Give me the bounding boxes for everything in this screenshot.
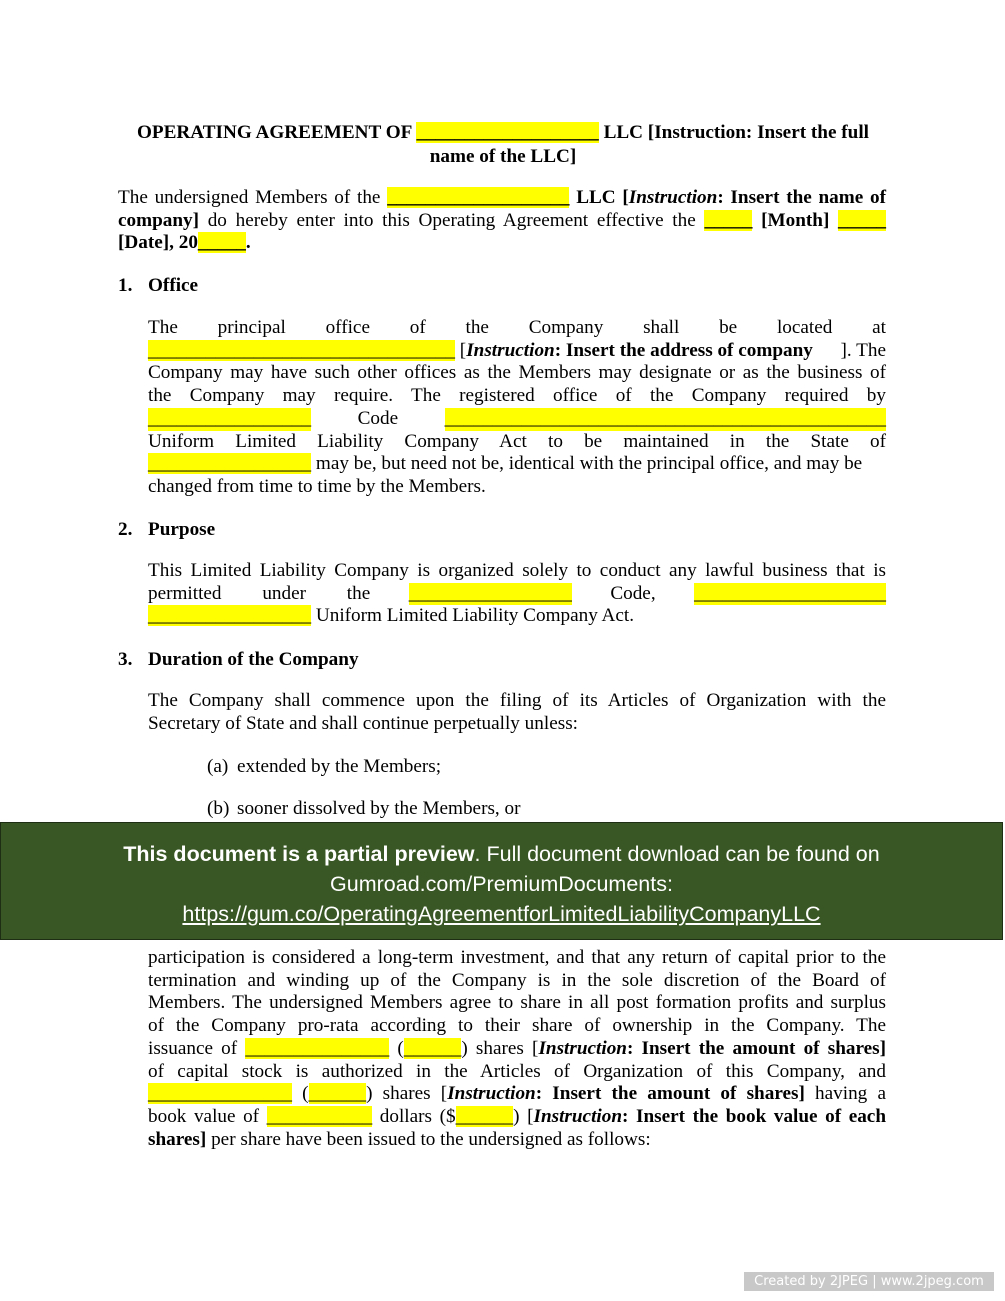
date-label: [Date], 20 (118, 232, 198, 253)
intro-text: do hereby enter into this Operating Agre… (199, 210, 704, 231)
instruction-text: : Insert the amount of shares] (627, 1038, 886, 1059)
code-blank: ____________________ (694, 583, 886, 606)
office-text: Company may have such other offices as t… (148, 362, 886, 385)
office-text: ]. The (841, 340, 886, 363)
shares-words-blank: _______________ (148, 1083, 292, 1104)
banner-bold-text: This document is a partial preview (123, 842, 474, 866)
section-title: Purpose (148, 519, 215, 540)
title-text: LLC [Instruction: Insert the full (599, 122, 869, 143)
office-paragraph: The principal office of the Company shal… (148, 317, 886, 499)
capital-text: dollars ($ (372, 1106, 455, 1127)
purpose-text: Uniform Limited Liability Company Act. (311, 605, 634, 626)
office-text: changed from time to time by the Members… (148, 476, 886, 499)
capital-text: ) shares [ (461, 1038, 538, 1059)
capital-paragraph: participation is considered a long-term … (148, 947, 886, 1151)
title-text: name of the LLC] (430, 146, 577, 167)
section-number: 2. (118, 519, 148, 541)
state-blank: _________________ (148, 453, 311, 474)
office-text: [ (455, 340, 466, 361)
capital-text: of the Company pro-rata according to the… (148, 1015, 886, 1038)
address-blank: ________________________________ (148, 340, 455, 361)
month-label: [Month] (752, 210, 838, 231)
instruction-label: Instruction (629, 187, 718, 208)
code-blank: ________________________________________… (445, 408, 886, 431)
instruction-text: : Insert the book value of each (622, 1106, 886, 1127)
purpose-text: Code, (610, 583, 655, 606)
instruction-text: : Insert the address of company (555, 340, 813, 361)
capital-text: ) shares [ (366, 1083, 447, 1104)
preview-banner: This document is a partial preview. Full… (0, 822, 1003, 940)
banner-text: . Full document download can be found on (475, 842, 880, 866)
instruction-text: : Insert the amount of shares] (536, 1083, 805, 1104)
item-label: (a) (207, 756, 237, 778)
capital-text: termination and winding up of the Compan… (148, 970, 886, 993)
purpose-text: This Limited Liability Company is organi… (148, 560, 886, 583)
capital-text: Members. The undersigned Members agree t… (148, 992, 886, 1015)
book-value-words-blank: ___________ (267, 1106, 373, 1127)
capital-text: book value of (148, 1106, 267, 1127)
purpose-paragraph: This Limited Liability Company is organi… (148, 560, 886, 628)
section-heading-office: 1.Office (118, 275, 198, 297)
title-text: OPERATING AGREEMENT OF (137, 122, 417, 143)
shares-words-blank: _______________ (245, 1038, 389, 1059)
office-text: Uniform Limited Liability Company Act to… (148, 431, 886, 454)
section-heading-purpose: 2.Purpose (118, 519, 215, 541)
item-text: sooner dissolved by the Members, or (237, 798, 521, 819)
state-blank: _________________ (148, 605, 311, 626)
office-text: may be, but need not be, identical with … (311, 453, 862, 474)
capital-text: participation is considered a long-term … (148, 947, 886, 970)
watermark: Created by 2JPEG | www.2jpeg.com (744, 1272, 994, 1291)
office-text: Code (358, 408, 399, 431)
duration-text: Secretary of State and shall continue pe… (148, 713, 886, 736)
duration-item: (b)sooner dissolved by the Members, or (207, 798, 521, 820)
capital-text: ) [ (513, 1106, 533, 1127)
duration-item: (a)extended by the Members; (207, 756, 441, 778)
download-link[interactable]: https://gum.co/OperatingAgreementforLimi… (182, 902, 820, 926)
capital-text: ( (292, 1083, 309, 1104)
intro-paragraph: The undersigned Members of the _________… (118, 187, 886, 255)
item-label: (b) (207, 798, 237, 820)
instruction-label: Instruction (466, 340, 555, 361)
section-number: 1. (118, 275, 148, 297)
capital-text: ( (389, 1038, 404, 1059)
month-blank: _____ (704, 210, 752, 231)
instruction-label: Instruction (533, 1106, 622, 1127)
instruction-label: Instruction (538, 1038, 627, 1059)
state-blank: _________________ (409, 583, 572, 606)
section-title: Office (148, 275, 198, 296)
document-title: OPERATING AGREEMENT OF _________________… (118, 121, 888, 169)
office-text: The principal office of the Company shal… (148, 317, 886, 340)
capital-text: having a (805, 1083, 886, 1104)
instruction-text: shares] (148, 1129, 206, 1150)
document-page: OPERATING AGREEMENT OF _________________… (0, 0, 1005, 1301)
instruction-label: Instruction (447, 1083, 536, 1104)
date-blank: _____ (838, 210, 886, 231)
shares-number-blank: ______ (309, 1083, 367, 1104)
intro-text: The undersigned Members of the (118, 187, 387, 208)
llc-name-blank: ___________________ (416, 122, 598, 143)
capital-text: of capital stock is authorized in the Ar… (148, 1061, 886, 1084)
shares-number-blank: ______ (404, 1038, 462, 1059)
duration-text: The Company shall commence upon the fili… (148, 690, 886, 713)
section-number: 3. (118, 649, 148, 671)
duration-paragraph: The Company shall commence upon the fili… (148, 690, 886, 735)
company-name-blank: ___________________ (387, 187, 569, 208)
section-title: Duration of the Company (148, 649, 359, 670)
year-blank: _____ (198, 232, 246, 253)
book-value-number-blank: ______ (456, 1106, 514, 1127)
capital-text: per share have been issued to the unders… (206, 1129, 650, 1150)
capital-text: issuance of (148, 1038, 245, 1059)
section-heading-duration: 3.Duration of the Company (118, 649, 359, 671)
purpose-text: permitted under the (148, 583, 370, 606)
banner-text: Gumroad.com/PremiumDocuments: (1, 869, 1002, 899)
state-blank: _________________ (148, 408, 311, 431)
item-text: extended by the Members; (237, 756, 441, 777)
intro-text: LLC [ (569, 187, 628, 208)
intro-text: . (246, 232, 251, 253)
office-text: the Company may require. The registered … (148, 385, 886, 408)
